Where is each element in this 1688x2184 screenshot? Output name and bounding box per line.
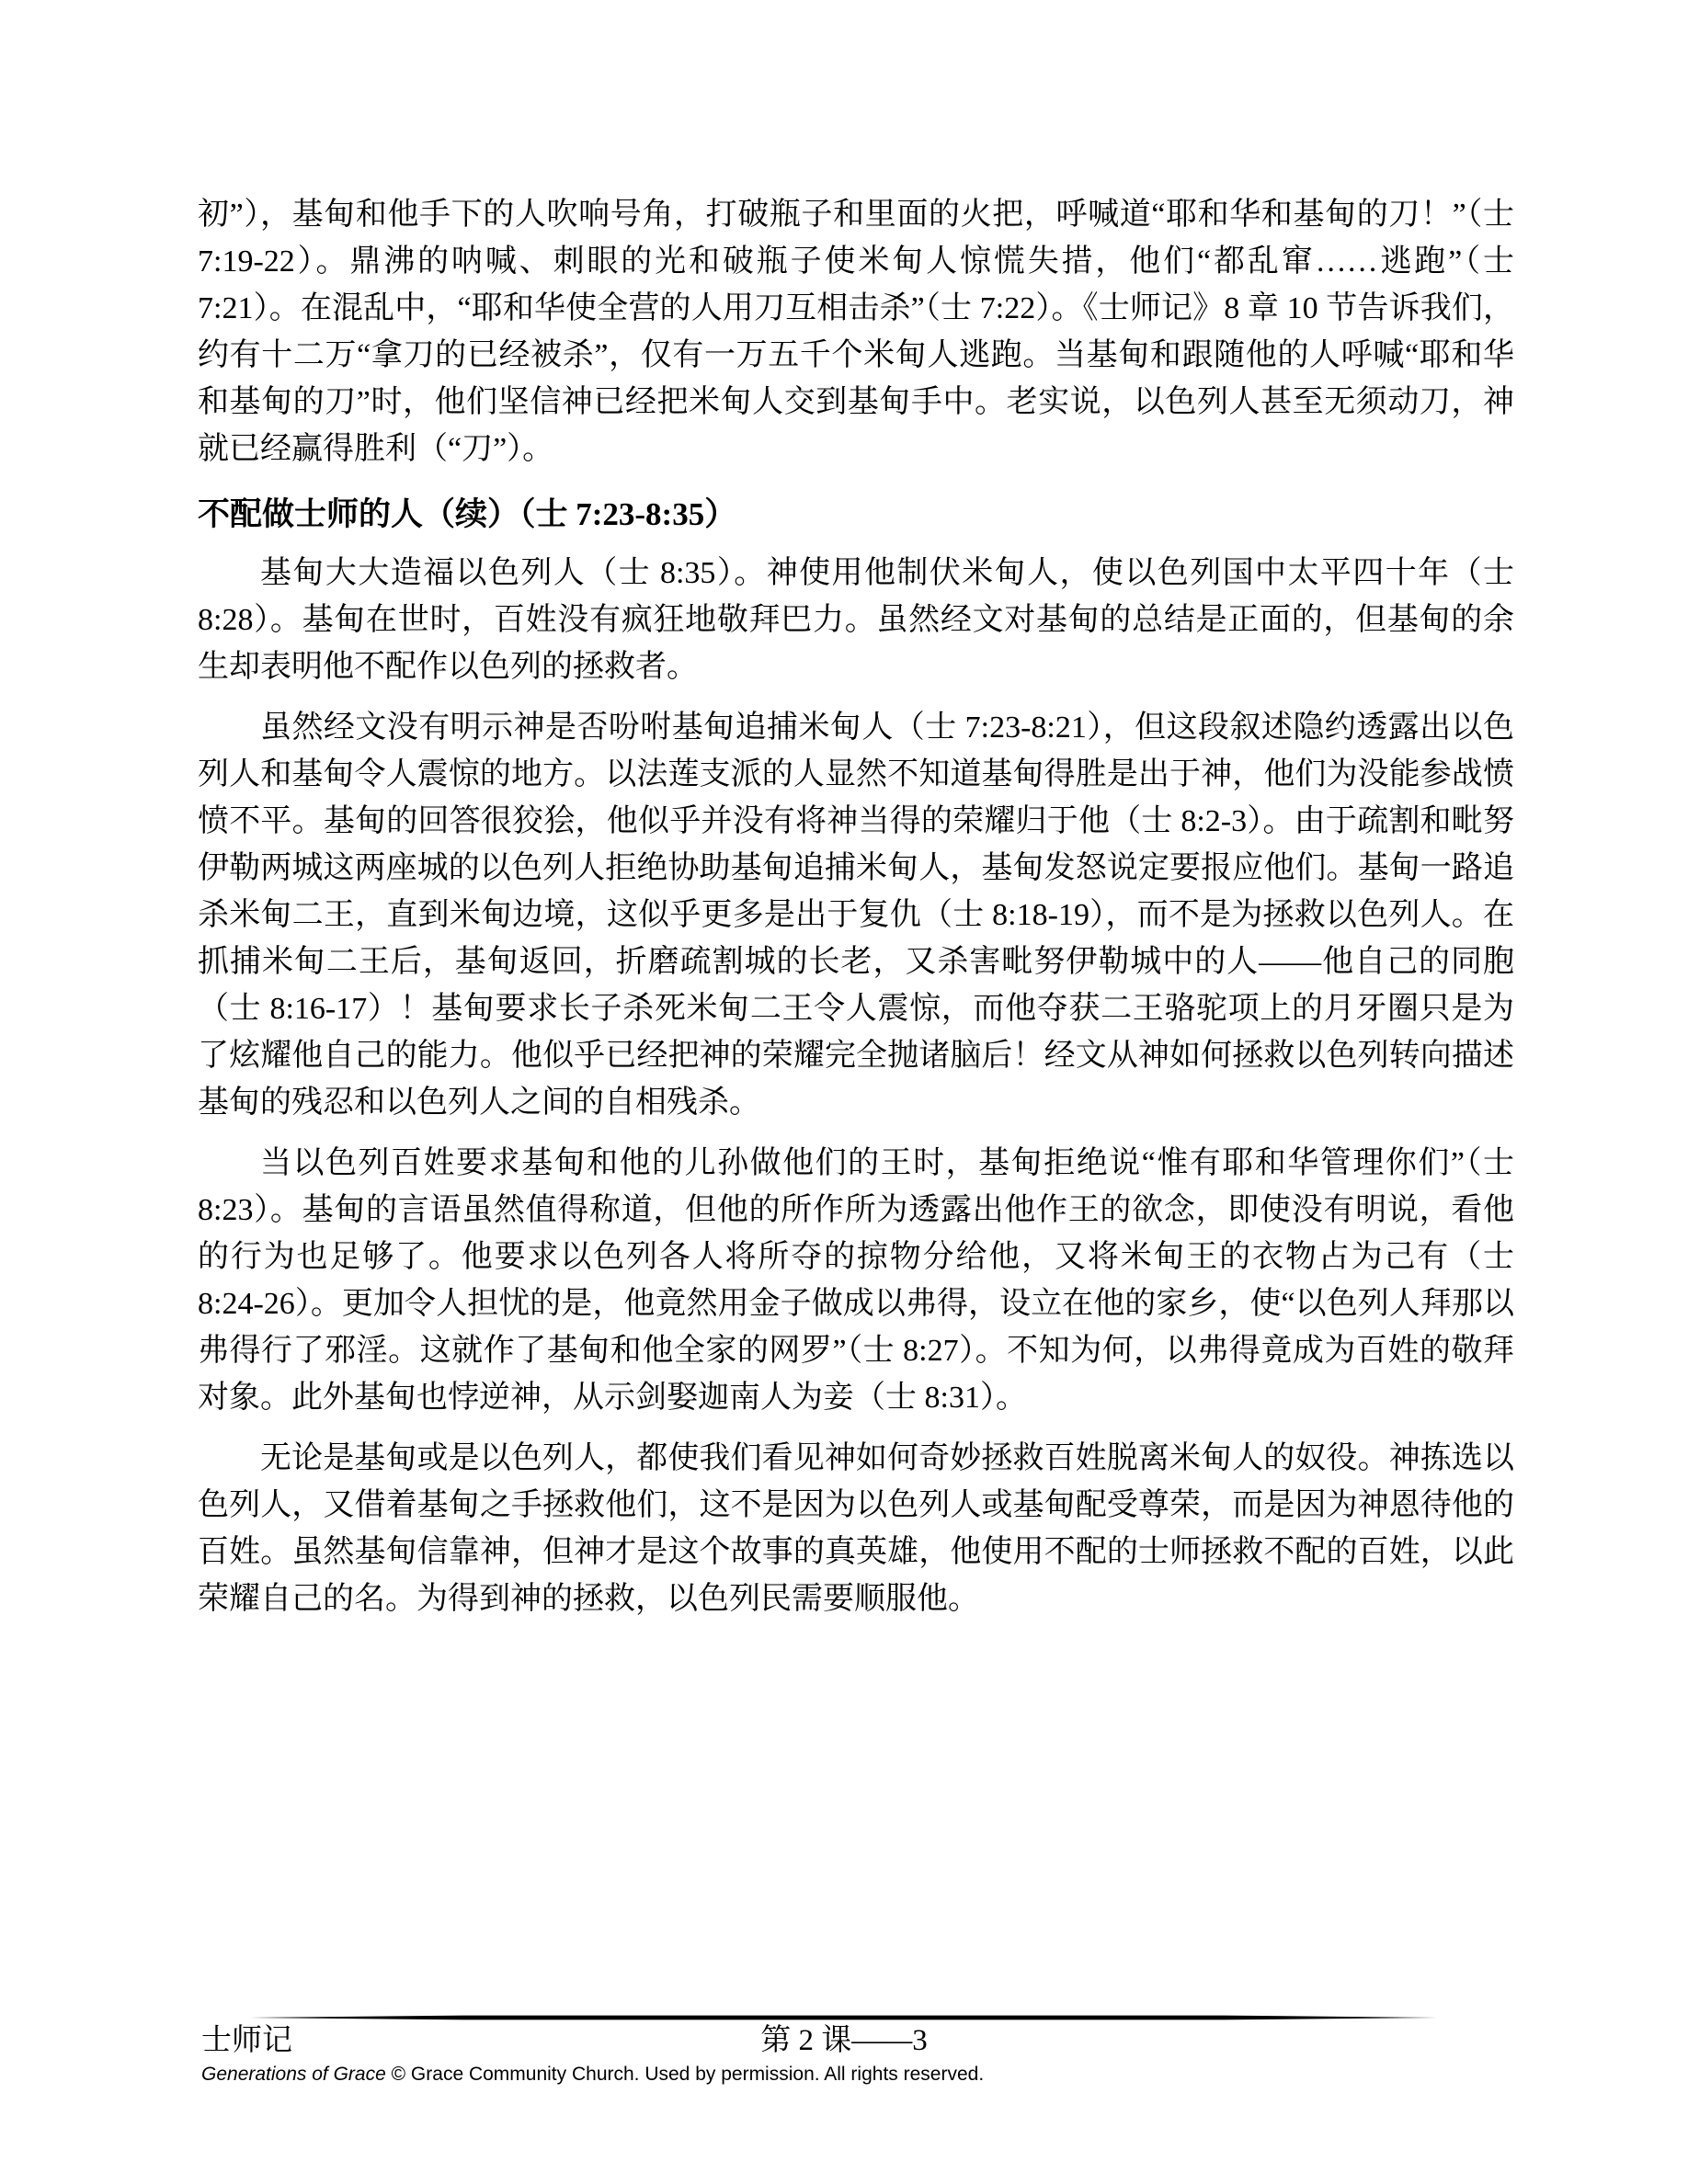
paragraph-continuation: 初”），基甸和他手下的人吹响号角，打破瓶子和里面的火把，呼喊道“耶和华和基甸的刀… [198, 191, 1514, 472]
footer-page-number: 第 2 课——3 [0, 2022, 1688, 2059]
section-heading: 不配做士师的人（续）（士 7:23-8:35） [198, 489, 1514, 540]
copyright-series-name: Generations of Grace [201, 2064, 386, 2085]
copyright-statement: © Grace Community Church. Used by permis… [392, 2064, 985, 2085]
paragraph-gideon-blessing: 基甸大大造福以色列人（士 8:35）。神使用他制伏米甸人，使以色列国中太平四十年… [198, 550, 1514, 690]
document-body: 初”），基甸和他手下的人吹响号角，打破瓶子和里面的火把，呼喊道“耶和华和基甸的刀… [198, 191, 1514, 1636]
paragraph-kingship: 当以色列百姓要求基甸和他的儿孙做他们的王时，基甸拒绝说“惟有耶和华管理你们”（士… [198, 1140, 1514, 1421]
footer-divider-line [250, 2015, 1437, 2020]
footer-copyright: Generations of Grace © Grace Community C… [201, 2063, 984, 2087]
paragraph-pursuit: 虽然经文没有明示神是否吩咐基甸追捕米甸人（士 7:23-8:21），但这段叙述隐… [198, 704, 1514, 1126]
document-page: 初”），基甸和他手下的人吹响号角，打破瓶子和里面的火把，呼喊道“耶和华和基甸的刀… [0, 0, 1688, 2184]
paragraph-conclusion: 无论是基甸或是以色列人，都使我们看见神如何奇妙拯救百姓脱离米甸人的奴役。神拣选以… [198, 1435, 1514, 1622]
